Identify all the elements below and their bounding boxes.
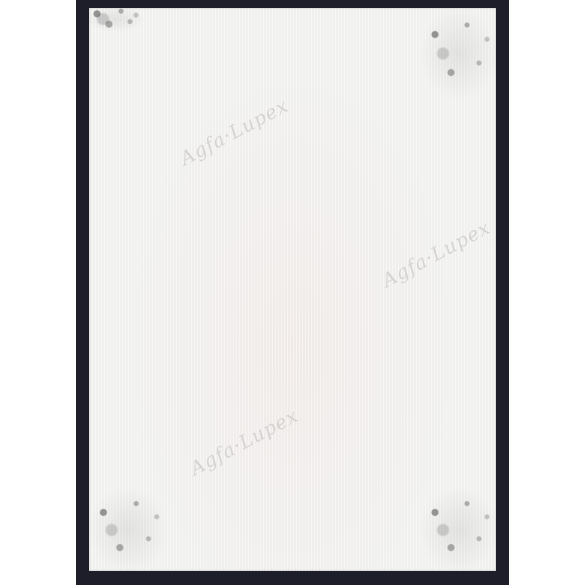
photo-print-back: Agfa·Lupex Agfa·Lupex Agfa·Lupex x [89,8,496,571]
glue-stain-top-right [419,8,496,101]
glue-stain-top-left [89,8,145,32]
paper-watermark: Agfa·Lupex [177,95,293,170]
paper-watermark: Agfa·Lupex [379,217,495,292]
paper-watermark: Agfa·Lupex [187,405,303,480]
glue-stain-bottom-right [419,486,496,571]
glue-stain-bottom-left [89,486,169,571]
paper-watermark-partial: x [89,311,90,332]
